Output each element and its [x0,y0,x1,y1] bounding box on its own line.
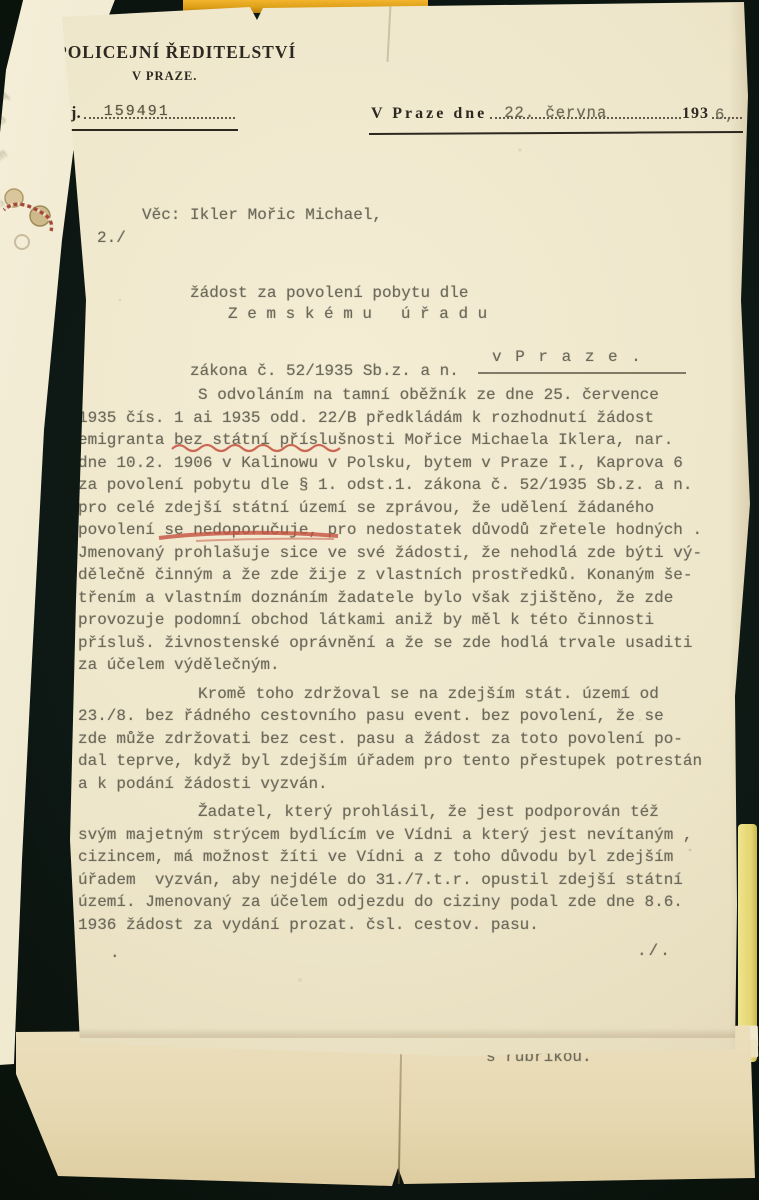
typed-line: dělečně činným a že zde žije z vlastních… [78,564,726,587]
typed-line: území. Jmenovaný za účelem odjezdu do ci… [78,891,726,914]
typed-line: Kromě toho zdržoval se na zdejším stát. … [78,683,726,706]
letterhead-office: POLICEJNÍ ŘEDITELSTVÍ [56,42,296,63]
subject-label: Věc: [142,202,190,228]
document-page: POLICEJNÍ ŘEDITELSTVÍ V PRAZE. Č. j. 159… [0,0,759,1200]
typed-line: Žadatel, který prohlásil, že jest podpor… [78,801,726,824]
crease-line [386,4,391,62]
typed-line: úřadem vyzván, aby nejdéle do 31./7.t.r.… [78,869,726,892]
typed-line: provozuje podomní obchod látkami aniž by… [78,609,726,632]
subject-line: Ikler Mořic Michael, [190,202,382,228]
typed-line: pro celé zdejší státní území se zprávou,… [78,497,726,520]
recipient-addressee: Z e m s k é m u ú ř a d u [228,305,487,323]
typed-line: svým majetným strýcem bydlícím ve Vídni … [78,824,726,847]
typed-line: S odvoláním na tamní oběžník ze dne 25. … [78,384,726,407]
red-underline-wavy [170,442,352,454]
typed-line: přísluš. živnostenské oprávnění a že se … [78,632,726,655]
reference-number: 159491 [104,103,170,120]
paragraph: Žadatel, který prohlásil, že jest podpor… [78,801,726,936]
date-typed: 22. června [504,104,607,122]
item-number: 2./ [97,229,126,247]
date-rule [369,131,743,135]
continuation-mark: ./. [637,942,672,960]
dotted-leader: 159491 [84,103,235,119]
dotted-leader: 22. června [490,105,681,119]
typed-line: cizincem, má možnost žíti ve Vídni a z t… [78,846,726,869]
letterhead-city: V PRAZE. [132,69,197,84]
recipient-underline [478,372,686,374]
typed-line: Jmenovaný prohlašuje sice ve své žádosti… [78,542,726,565]
recipient-city: v P r a z e . [492,348,643,366]
fold-shadow [70,1028,740,1038]
typed-line: za povolení pobytu dle § 1. odst.1. záko… [78,474,726,497]
bleedthrough-mark: mne a [0,146,9,178]
typed-line: třením a vlastním doznáním žadatele bylo… [78,587,726,610]
bleedthrough-mark: d. Pů [0,112,8,141]
red-underline-bold [156,528,342,544]
typed-line: 1935 čís. 1 ai 1935 odd. 22/B předkládám… [78,407,726,430]
bleedthrough-mark: péče: [0,86,11,121]
body-text: S odvoláním na tamní oběžník ze dne 25. … [78,384,726,942]
subject-line: žádost za povolení pobytu dle [142,280,468,306]
date-year-printed: 193 [682,105,709,123]
binding-string [0,182,72,254]
paragraph: Kromě toho zdržoval se na zdejším stát. … [78,683,726,796]
reference-rule [48,129,238,131]
date-year-typed: 6, [715,106,736,124]
reference-row: Č. j. 159491 [50,103,236,123]
stray-dot: . [110,944,120,962]
date-prefix: V Praze dne [371,105,487,123]
date-row: V Praze dne 22. června 193 6, [371,105,743,123]
subject-line: zákona č. 52/1935 Sb.z. a n. [142,358,468,384]
typed-line: dne 10.2. 1906 v Kalinowu v Polsku, byte… [78,452,726,475]
dotted-leader: 6, [712,105,742,119]
typed-line: a k podání žádosti vyzván. [78,773,726,796]
typed-line: dal teprve, když byl zdejším úřadem pro … [78,750,726,773]
typed-line: zde může zdržovati bez cest. pasu a žádo… [78,728,726,751]
typed-line: 1936 žádost za vydání prozat. čsl. cesto… [78,914,726,937]
typed-line: 23./8. bez řádného cestovního pasu event… [78,705,726,728]
typed-line: za účelem výdělečným. [78,654,726,677]
